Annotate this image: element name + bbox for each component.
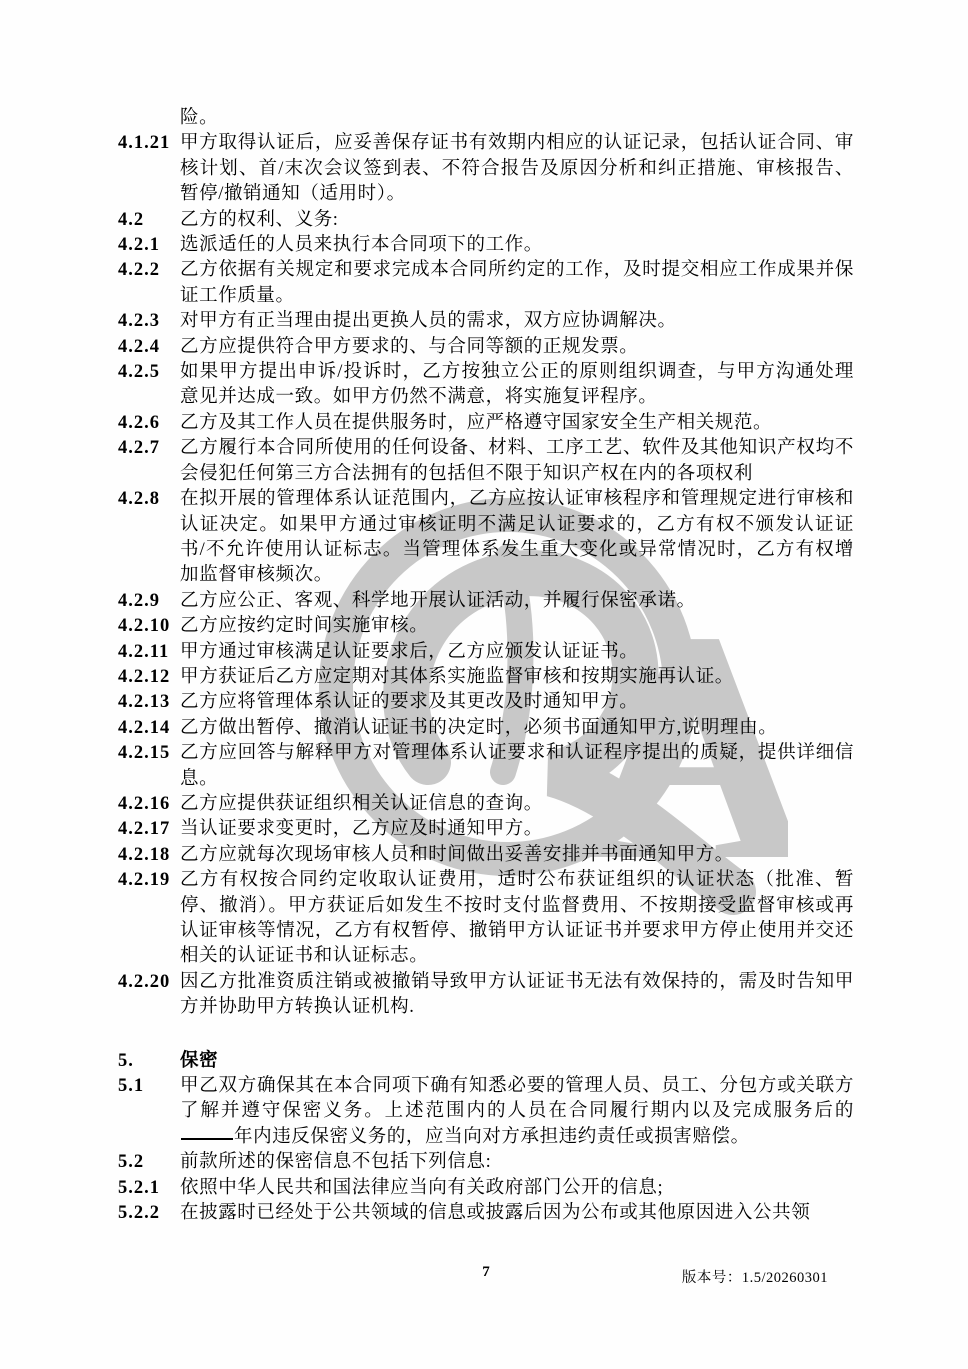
- clause-row-4-2-18: 4.2.18 乙方应就每次现场审核人员和时间做出妥善安排并书面通知甲方。: [118, 843, 854, 868]
- clause-text: 乙方应按约定时间实施审核。: [180, 614, 854, 639]
- clause-text: 乙方应就每次现场审核人员和时间做出妥善安排并书面通知甲方。: [180, 843, 854, 868]
- clause-number: 5.2.2: [118, 1201, 180, 1226]
- clause-row-5-1: 5.1 甲乙双方确保其在本合同项下确有知悉必要的管理人员、员工、分包方或关联方了…: [118, 1074, 854, 1150]
- section-number: 5.: [118, 1049, 180, 1074]
- clause-row-4-2-15: 4.2.15 乙方应回答与解释甲方对管理体系认证要求和认证程序提出的质疑，提供详…: [118, 741, 854, 792]
- clause-text-before-blank: 甲乙双方确保其在本合同项下确有知悉必要的管理人员、员工、分包方或关联方了解并遵守…: [180, 1076, 854, 1121]
- clause-text: 对甲方有正当理由提出更换人员的需求，双方应协调解决。: [180, 309, 854, 334]
- clause-row-5-2-1: 5.2.1 依照中华人民共和国法律应当向有关政府部门公开的信息;: [118, 1176, 854, 1201]
- clause-number: 4.2.9: [118, 589, 180, 614]
- version-label: 版本号：1.5/20260301: [682, 1266, 828, 1287]
- clause-text: 因乙方批准资质注销或被撤销导致甲方认证证书无法有效保持的，需及时告知甲方并协助甲…: [180, 970, 854, 1021]
- clause-number: 4.2.13: [118, 690, 180, 715]
- clause-text: 乙方应回答与解释甲方对管理体系认证要求和认证程序提出的质疑，提供详细信息。: [180, 741, 854, 792]
- clause-row-4-2-17: 4.2.17 当认证要求变更时，乙方应及时通知甲方。: [118, 817, 854, 842]
- clause-text: 依照中华人民共和国法律应当向有关政府部门公开的信息;: [180, 1176, 854, 1201]
- clause-number: 4.1.21: [118, 131, 180, 156]
- clause-row-4-2-4: 4.2.4 乙方应提供符合甲方要求的、与合同等额的正规发票。: [118, 335, 854, 360]
- clause-number: 4.2: [118, 208, 180, 233]
- section-title: 保密: [180, 1049, 854, 1074]
- clause-number: 4.2.2: [118, 258, 180, 283]
- clause-number: 4.2.12: [118, 665, 180, 690]
- clause-number: 4.2.18: [118, 843, 180, 868]
- clause-text: 甲方通过审核满足认证要求后，乙方应颁发认证证书。: [180, 640, 854, 665]
- clause-number: 5.1: [118, 1074, 180, 1099]
- clause-text: 乙方应提供符合甲方要求的、与合同等额的正规发票。: [180, 335, 854, 360]
- fill-in-blank: [181, 1137, 233, 1140]
- clause-number: 4.2.17: [118, 817, 180, 842]
- clause-row-4-2-12: 4.2.12 甲方获证后乙方应定期对其体系实施监督审核和按期实施再认证。: [118, 665, 854, 690]
- clause-row-4-1-21: 4.1.21 甲方取得认证后，应妥善保存证书有效期内相应的认证记录，包括认证合同…: [118, 131, 854, 207]
- clause-row-4-2-8: 4.2.8 在拟开展的管理体系认证范围内，乙方应按认证审核程序和管理规定进行审核…: [118, 487, 854, 589]
- clause-text: 乙方应公正、客观、科学地开展认证活动，并履行保密承诺。: [180, 589, 854, 614]
- clause-text: 乙方依据有关规定和要求完成本合同所约定的工作，及时提交相应工作成果并保证工作质量…: [180, 258, 854, 309]
- clause-number: 4.2.4: [118, 335, 180, 360]
- clause-text: 乙方应提供获证组织相关认证信息的查询。: [180, 792, 854, 817]
- continuation-text: 险。: [180, 106, 854, 131]
- clause-text: 如果甲方提出申诉/投诉时，乙方按独立公正的原则组织调查，与甲方沟通处理意见并达成…: [180, 360, 854, 411]
- clause-row-4-2-1: 4.2.1 选派适任的人员来执行本合同项下的工作。: [118, 233, 854, 258]
- clause-row-4-2-20: 4.2.20 因乙方批准资质注销或被撤销导致甲方认证证书无法有效保持的，需及时告…: [118, 970, 854, 1021]
- clause-text: 乙方及其工作人员在提供服务时，应严格遵守国家安全生产相关规范。: [180, 411, 854, 436]
- clause-number: 4.2.7: [118, 436, 180, 461]
- clause-text: 乙方应将管理体系认证的要求及其更改及时通知甲方。: [180, 690, 854, 715]
- clause-text-after-blank: 年内违反保密义务的，应当向对方承担违约责任或损害赔偿。: [234, 1127, 750, 1147]
- clause-text: 前款所述的保密信息不包括下列信息:: [180, 1150, 854, 1175]
- clause-text: 在披露时已经处于公共领域的信息或披露后因为公布或其他原因进入公共领: [180, 1201, 854, 1226]
- clause-text: 甲方取得认证后，应妥善保存证书有效期内相应的认证记录，包括认证合同、审核计划、首…: [180, 131, 854, 207]
- clause-number: 4.2.20: [118, 970, 180, 995]
- clause-text: 甲方获证后乙方应定期对其体系实施监督审核和按期实施再认证。: [180, 665, 854, 690]
- clause-row-4-2-9: 4.2.9 乙方应公正、客观、科学地开展认证活动，并履行保密承诺。: [118, 589, 854, 614]
- clause-number: 4.2.6: [118, 411, 180, 436]
- clause-row-4-2-11: 4.2.11 甲方通过审核满足认证要求后，乙方应颁发认证证书。: [118, 640, 854, 665]
- clause-number: 4.2.1: [118, 233, 180, 258]
- section-5-heading-row: 5. 保密: [118, 1049, 854, 1074]
- clause-row-4-2-14: 4.2.14 乙方做出暂停、撤消认证证书的决定时，必须书面通知甲方,说明理由。: [118, 716, 854, 741]
- clause-text: 乙方履行本合同所使用的任何设备、材料、工序工艺、软件及其他知识产权均不会侵犯任何…: [180, 436, 854, 487]
- clause-row-4-2-3: 4.2.3 对甲方有正当理由提出更换人员的需求，双方应协调解决。: [118, 309, 854, 334]
- clause-number: 4.2.15: [118, 741, 180, 766]
- clause-row-4-2-7: 4.2.7 乙方履行本合同所使用的任何设备、材料、工序工艺、软件及其他知识产权均…: [118, 436, 854, 487]
- clause-row-4-2-6: 4.2.6 乙方及其工作人员在提供服务时，应严格遵守国家安全生产相关规范。: [118, 411, 854, 436]
- contract-page: A 险。 4.1.21 甲方取得认证后，应妥善保存证书有效期内相应的认证记录，包…: [0, 0, 968, 1369]
- clause-row-5-2: 5.2 前款所述的保密信息不包括下列信息:: [118, 1150, 854, 1175]
- clause-number: 4.2.10: [118, 614, 180, 639]
- clause-row-4-2-13: 4.2.13 乙方应将管理体系认证的要求及其更改及时通知甲方。: [118, 690, 854, 715]
- clause-row-5-2-2: 5.2.2 在披露时已经处于公共领域的信息或披露后因为公布或其他原因进入公共领: [118, 1201, 854, 1226]
- clause-text: 乙方做出暂停、撤消认证证书的决定时，必须书面通知甲方,说明理由。: [180, 716, 854, 741]
- clause-text: 在拟开展的管理体系认证范围内，乙方应按认证审核程序和管理规定进行审核和认证决定。…: [180, 487, 854, 589]
- clause-number: 5.2: [118, 1150, 180, 1175]
- clause-text: 选派适任的人员来执行本合同项下的工作。: [180, 233, 854, 258]
- clause-number: 4.2.11: [118, 640, 180, 665]
- clause-text: 甲乙双方确保其在本合同项下确有知悉必要的管理人员、员工、分包方或关联方了解并遵守…: [180, 1074, 854, 1150]
- clause-row-4-2-16: 4.2.16 乙方应提供获证组织相关认证信息的查询。: [118, 792, 854, 817]
- clause-text: 当认证要求变更时，乙方应及时通知甲方。: [180, 817, 854, 842]
- clause-text: 乙方有权按合同约定收取认证费用，适时公布获证组织的认证状态（批准、暂停、撤消）。…: [180, 868, 854, 970]
- clause-number: 5.2.1: [118, 1176, 180, 1201]
- continuation-row: 险。: [118, 106, 854, 131]
- clause-number: 4.2.16: [118, 792, 180, 817]
- clause-row-4-2: 4.2 乙方的权利、义务:: [118, 208, 854, 233]
- clause-number: 4.2.19: [118, 868, 180, 893]
- clause-number: 4.2.3: [118, 309, 180, 334]
- clause-row-4-2-10: 4.2.10 乙方应按约定时间实施审核。: [118, 614, 854, 639]
- clause-row-4-2-5: 4.2.5 如果甲方提出申诉/投诉时，乙方按独立公正的原则组织调查，与甲方沟通处…: [118, 360, 854, 411]
- clause-row-4-2-19: 4.2.19 乙方有权按合同约定收取认证费用，适时公布获证组织的认证状态（批准、…: [118, 868, 854, 970]
- clause-row-4-2-2: 4.2.2 乙方依据有关规定和要求完成本合同所约定的工作，及时提交相应工作成果并…: [118, 258, 854, 309]
- clause-number: 4.2.14: [118, 716, 180, 741]
- clause-number: 4.2.5: [118, 360, 180, 385]
- contract-body: 险。 4.1.21 甲方取得认证后，应妥善保存证书有效期内相应的认证记录，包括认…: [118, 106, 854, 1226]
- clause-number: 4.2.8: [118, 487, 180, 512]
- clause-text: 乙方的权利、义务:: [180, 208, 854, 233]
